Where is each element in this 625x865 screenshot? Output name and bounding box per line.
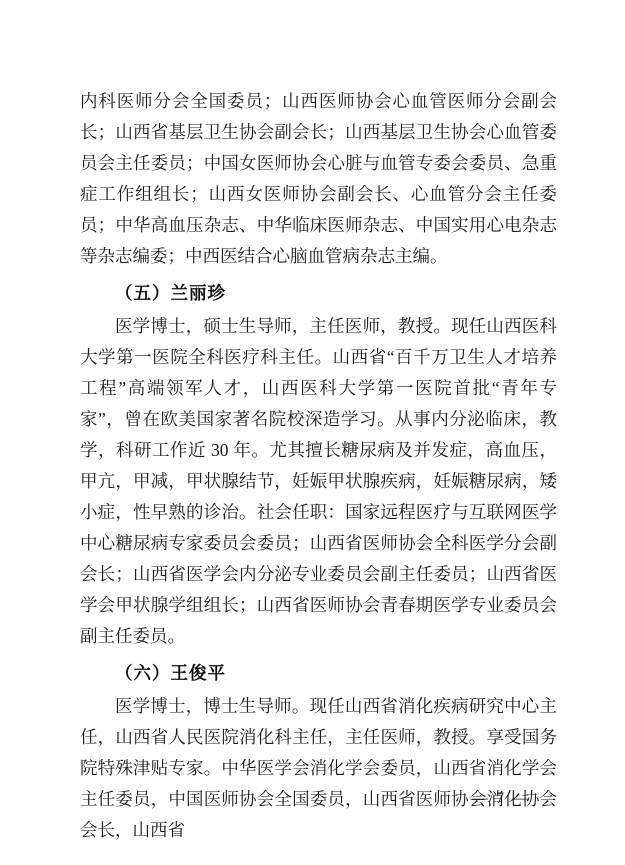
paragraph-bio-lan-lizhen: 医学博士，硕士生导师，主任医师，教授。现任山西医科大学第一医院全科医疗科主任。山… — [80, 311, 557, 652]
section-heading-6-wang-junping: （六）王俊平 — [80, 658, 557, 689]
page-number: — 7 — — [472, 788, 530, 810]
paragraph-bio-wang-junping: 医学博士，博士生导师。现任山西省消化疾病研究中心主任，山西省人民医院消化科主任，… — [80, 691, 557, 846]
section-heading-5-lan-lizhen: （五）兰丽珍 — [80, 278, 557, 309]
paragraph-continued-from-previous-page: 内科医师分会全国委员；山西医师协会心血管医师分会副会长；山西省基层卫生协会副会长… — [80, 86, 557, 272]
document-page: 内科医师分会全国委员；山西医师协会心血管医师分会副会长；山西省基层卫生协会副会长… — [0, 0, 625, 865]
